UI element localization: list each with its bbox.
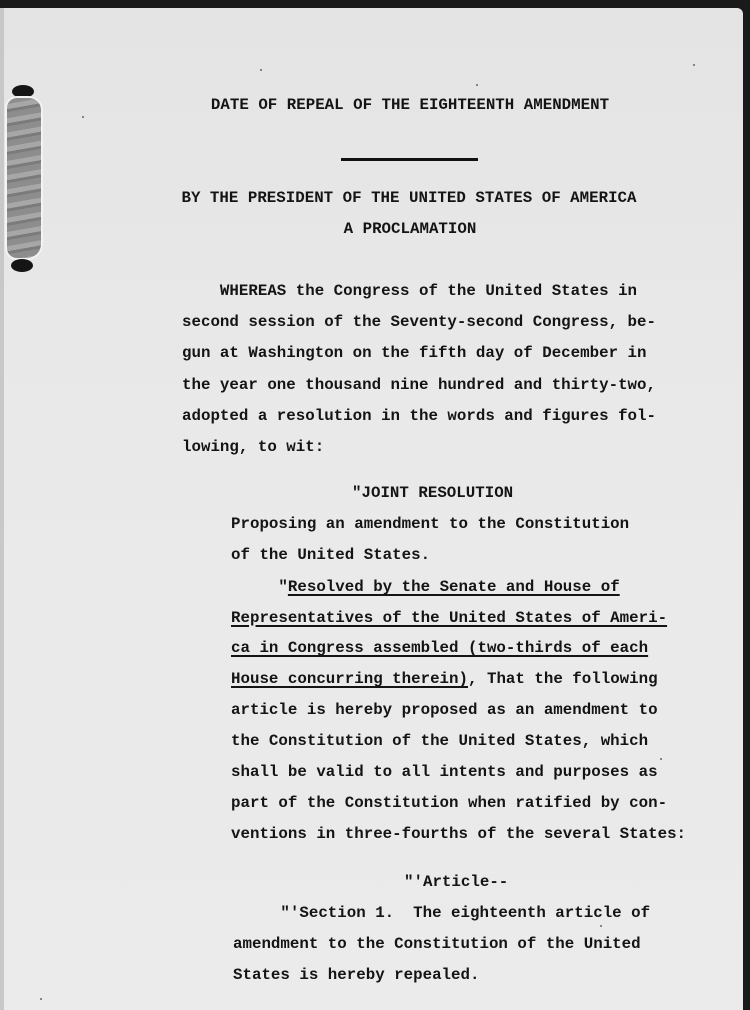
article-heading: "'Article-- bbox=[404, 872, 508, 892]
preamble-line: lowing, to wit: bbox=[182, 437, 324, 457]
proclamation-heading: A PROCLAMATION bbox=[0, 219, 750, 239]
preamble-line: WHEREAS the Congress of the United State… bbox=[182, 281, 637, 301]
resolving-clause-line: House concurring therein), That the foll… bbox=[231, 669, 658, 689]
resolution-heading: "JOINT RESOLUTION bbox=[352, 483, 513, 503]
document-title: DATE OF REPEAL OF THE EIGHTEENTH AMENDME… bbox=[0, 95, 750, 115]
subtitle-line: of the United States. bbox=[231, 545, 430, 565]
preamble-line: the year one thousand nine hundred and t… bbox=[182, 375, 656, 395]
subtitle-line: Proposing an amendment to the Constituti… bbox=[231, 514, 629, 534]
resolving-clause-line: ca in Congress assembled (two-thirds of … bbox=[231, 638, 648, 658]
resolution-body-line: article is hereby proposed as an amendme… bbox=[231, 700, 658, 720]
page-left-edge bbox=[0, 8, 4, 1010]
preamble-line: second session of the Seventy-second Con… bbox=[182, 312, 656, 332]
section-1-line: amendment to the Constitution of the Uni… bbox=[233, 934, 641, 954]
title-separator bbox=[341, 158, 478, 161]
resolution-body-line: ventions in three-fourths of the several… bbox=[231, 824, 686, 844]
resolving-clause-line: Representatives of the United States of … bbox=[231, 608, 667, 628]
preamble-line: gun at Washington on the fifth day of De… bbox=[182, 343, 647, 363]
section-1-line: "'Section 1. The eighteenth article of bbox=[233, 903, 650, 923]
resolution-body-line: the Constitution of the United States, w… bbox=[231, 731, 648, 751]
resolution-body-line: part of the Constitution when ratified b… bbox=[231, 793, 667, 813]
preamble-line: adopted a resolution in the words and fi… bbox=[182, 406, 656, 426]
issuer-line: BY THE PRESIDENT OF THE UNITED STATES OF… bbox=[0, 188, 750, 208]
resolution-body-line: shall be valid to all intents and purpos… bbox=[231, 762, 658, 782]
binding-rivet-bottom bbox=[11, 259, 33, 272]
resolving-clause-line: "Resolved by the Senate and House of bbox=[231, 577, 620, 597]
section-1-line: States is hereby repealed. bbox=[233, 965, 479, 985]
